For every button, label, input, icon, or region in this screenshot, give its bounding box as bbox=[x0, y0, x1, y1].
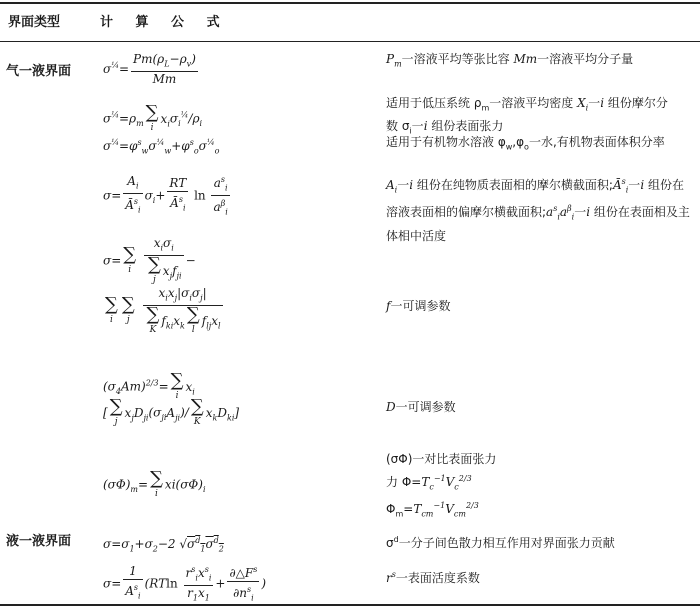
header-formula: 计 算 公 式 bbox=[100, 11, 229, 30]
formula-row-5b: [∑jxjDji(σjiAji)/∑KxkDki] bbox=[103, 398, 239, 428]
formula-row-3: σ=AiĀsiσi+RTĀsi ln asiaβi bbox=[103, 172, 232, 220]
note-row-6: (σΦ)一对比表面张力力 Φ=Tc−1Vc2/3Φm=Tcm−1Vcm2/3 bbox=[386, 450, 691, 524]
note-row-5: D一可调参数 bbox=[386, 398, 691, 417]
formula-row-7: σ=σ1+σ2−2 √σd1σd2 bbox=[103, 533, 224, 556]
formula-row-2: σ¼=φswσ¼w+φsoσ¼o bbox=[103, 135, 219, 158]
note-row-7: σd一分子间色散力相互作用对界面张力贡献 bbox=[386, 530, 691, 553]
formula-row-4a: σ=∑i xiσi∑jxjfji− bbox=[103, 236, 196, 286]
formula-row-0: σ¼=Pm(ρL−ρv)Mm bbox=[103, 52, 200, 87]
interface-type-liquid-liquid: 液一液界面 bbox=[6, 530, 71, 549]
note-row-4: f一可调参数 bbox=[386, 297, 691, 316]
bottom-rule bbox=[0, 604, 700, 606]
interface-type-gas-liquid: 气一液界面 bbox=[6, 60, 71, 79]
formula-row-1: σ¼=ρm∑ixiσi¼/ρi bbox=[103, 104, 202, 134]
top-rule bbox=[0, 2, 700, 4]
formula-row-6: (σΦ)m=∑ixi(σΦ)i bbox=[103, 470, 206, 500]
note-row-8: rs一表面活度系数 bbox=[386, 565, 691, 588]
note-row-3: Ai一i 组份在纯物质表面相的摩尔横截面积;Āsi一i 组份在溶液表面相的偏摩尔… bbox=[386, 172, 691, 246]
header-rule bbox=[0, 41, 700, 42]
note-row-0: Pm一溶液平均等张比容 Mm一溶液平均分子量 bbox=[386, 50, 691, 73]
header-interface-type: 界面类型 bbox=[8, 11, 60, 30]
formula-row-8: σ=1Asi(RTln rsixsir1x1+∂△Fs∂nsi) bbox=[103, 562, 266, 606]
note-row-2: 适用于有机物水溶液 φw,φo一水,有机物表面体积分率 bbox=[386, 133, 691, 156]
formula-row-4b: ∑i∑j xixj|σiσj|∑Kfkixk∑lfljxl bbox=[103, 286, 225, 336]
